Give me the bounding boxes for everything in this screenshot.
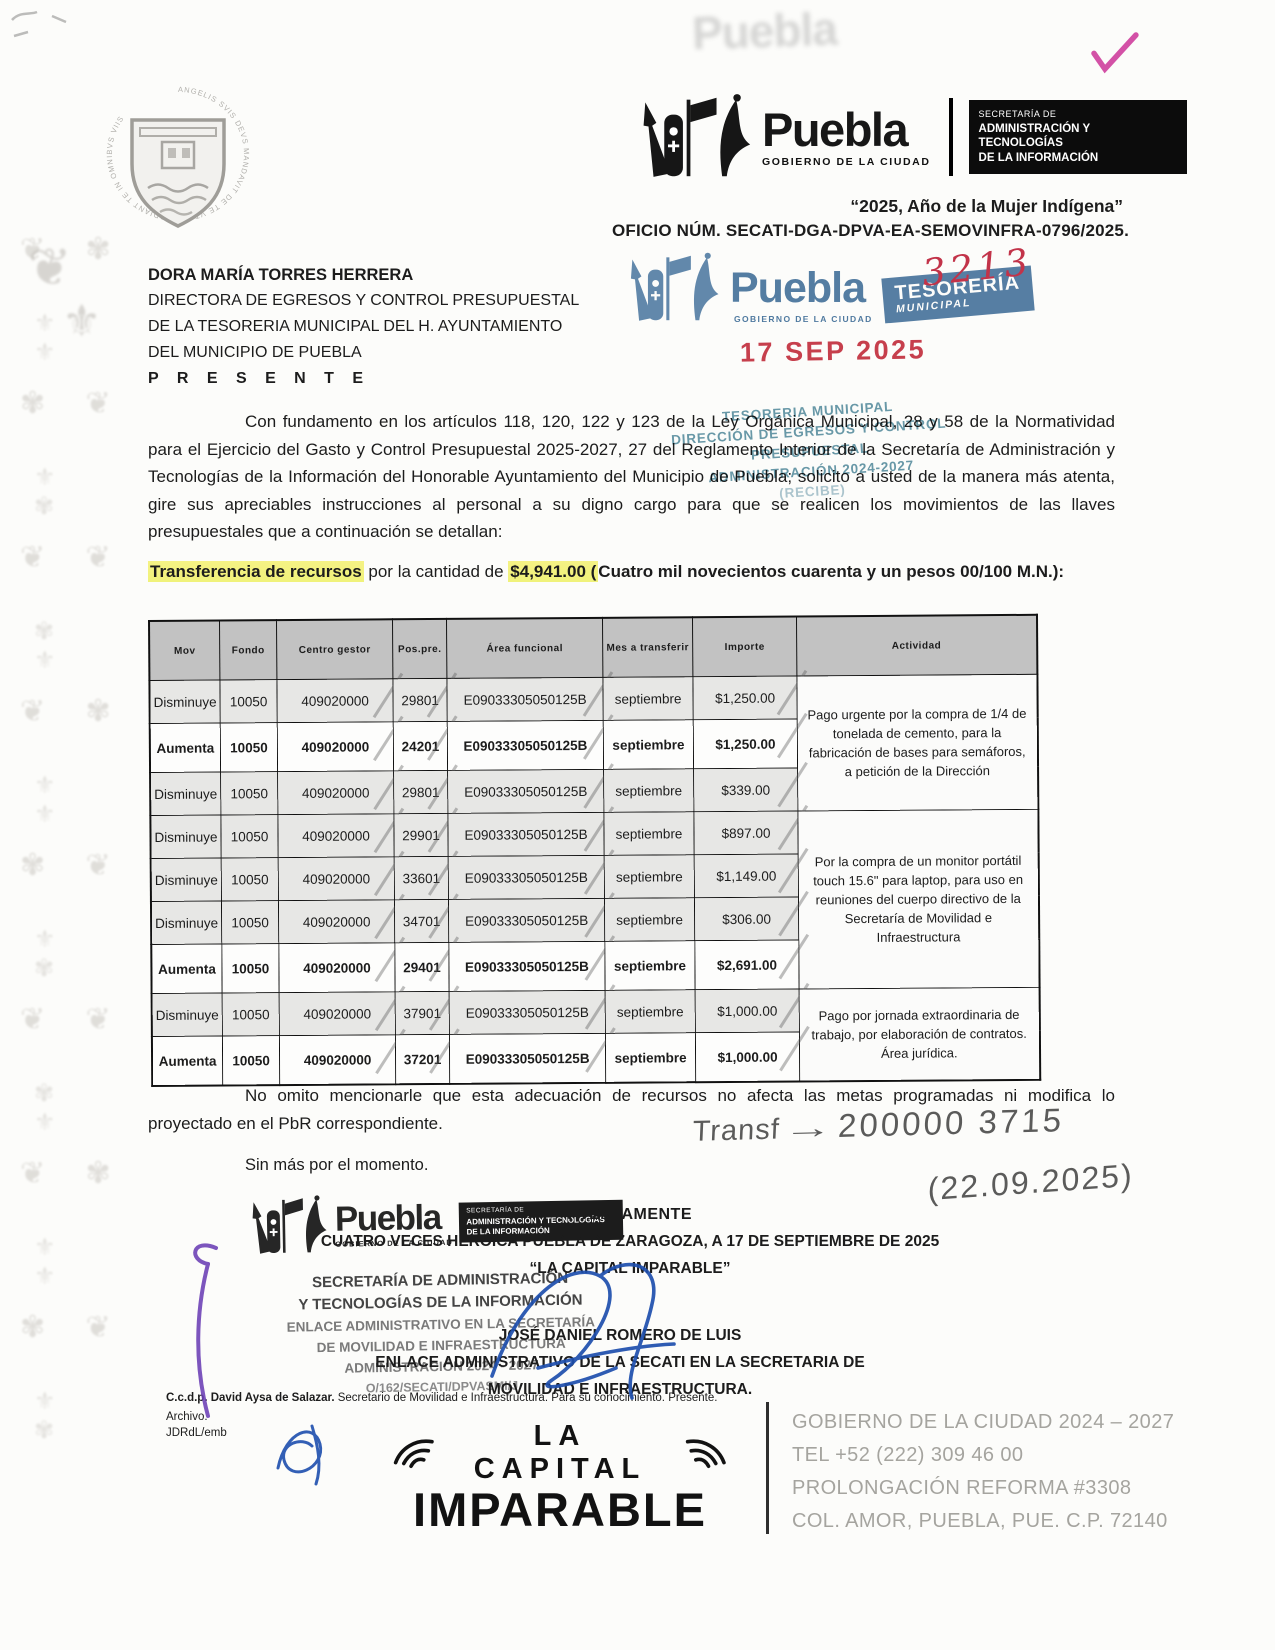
recipient-block: DORA MARÍA TORRES HERRERA DIRECTORA DE E… <box>148 262 579 392</box>
presente-line: P R E S E N T E <box>148 366 579 392</box>
footer-divider <box>766 1402 769 1534</box>
cell-centro: 409020000 <box>279 992 395 1036</box>
recipient-title: DE LA TESORERIA MUNICIPAL DEL H. AYUNTAM… <box>148 314 579 340</box>
ornament-glyph: ✾ ❦ <box>20 848 130 925</box>
column-header: Mes a transferir <box>603 617 693 677</box>
ornament-glyph: ⚜ ⚜ <box>20 771 130 848</box>
date-stamp: 17 SEP 2025 <box>740 334 927 368</box>
table-row: Disminuye1005040902000029901E09033305050… <box>150 809 1038 858</box>
cell-mes: septiembre <box>603 720 693 770</box>
cell-centro: 409020000 <box>279 943 395 993</box>
cell-fondo: 10050 <box>222 993 279 1036</box>
cell-mov: Aumenta <box>152 1036 223 1086</box>
column-header: Mov <box>149 621 220 681</box>
recipient-title: DEL MUNICIPIO DE PUEBLA <box>148 340 579 366</box>
cell-mov: Disminuye <box>151 858 222 901</box>
capital-top-text: LA CAPITAL <box>442 1420 679 1486</box>
handwritten-date: (22.09.2025) <box>928 1157 1134 1208</box>
badge-line: DE LA INFORMACIÓN <box>979 151 1177 166</box>
contact-line: GOBIERNO DE LA CIUDAD 2024 – 2027 <box>792 1406 1174 1439</box>
contact-line: PROLONGACIÓN REFORMA #3308 <box>792 1472 1174 1505</box>
cell-area: E09033305050125B <box>447 720 603 770</box>
column-header: Pos.pre. <box>393 619 447 679</box>
recipient-name: DORA MARÍA TORRES HERRERA <box>148 262 579 288</box>
blue-ink-initial-scribble <box>262 1416 342 1488</box>
cell-fondo: 10050 <box>222 944 279 993</box>
cell-area: E09033305050125B <box>449 1033 605 1084</box>
cell-importe: $897.00 <box>694 811 798 855</box>
cell-importe: $1,000.00 <box>695 1032 799 1082</box>
handwritten-arrow: → <box>783 1112 836 1146</box>
cell-mov: Disminuye <box>150 815 221 858</box>
cell-area: E09033305050125B <box>447 677 603 721</box>
ghost-stamp: Puebla <box>691 1 838 60</box>
pink-checkmark-icon <box>1082 23 1143 87</box>
ornament-glyph: ⚜ ✾ <box>20 463 130 540</box>
purple-pen-stroke <box>176 1236 246 1426</box>
city-crest-seal: ANGELIS SVIS DEVS MANDAVIT DE TE VT CVST… <box>90 76 266 251</box>
cell-importe: $1,149.00 <box>694 854 798 898</box>
cell-mes: septiembre <box>604 855 694 899</box>
ornament-glyph: ❦ ❦ <box>20 1002 130 1079</box>
cell-area: E09033305050125B <box>448 812 604 856</box>
annual-motto: “2025, Año de la Mujer Indígena” <box>850 196 1123 217</box>
transfer-line: Transferencia de recursos por la cantida… <box>148 562 1138 582</box>
budget-movements-table: MovFondoCentro gestorPos.pre.Área funcio… <box>148 614 1041 1087</box>
cell-centro: 409020000 <box>277 722 393 772</box>
handwritten-number: 200000 3715 <box>837 1101 1065 1144</box>
scan-artifact-marks <box>6 6 86 56</box>
cell-area: E09033305050125B <box>448 898 604 942</box>
column-header: Área funcional <box>447 618 603 679</box>
brand-wordmark-block: Puebla GOBIERNO DE LA CIUDAD <box>762 106 931 168</box>
ornament-glyph: ❦ ❦ <box>20 540 130 617</box>
cell-mov: Disminuye <box>152 993 223 1036</box>
cell-centro: 409020000 <box>277 679 393 723</box>
column-header: Centro gestor <box>277 619 393 679</box>
cell-centro: 409020000 <box>278 857 394 901</box>
cell-mov: Disminuye <box>149 680 220 723</box>
contact-line: TEL +52 (222) 309 46 00 <box>792 1439 1174 1472</box>
cell-fondo: 10050 <box>221 815 278 858</box>
cell-activity: Por la compra de un monitor portátil tou… <box>798 809 1039 989</box>
cell-fondo: 10050 <box>221 901 278 944</box>
cell-importe: $339.00 <box>694 768 798 812</box>
cell-fondo: 10050 <box>222 1036 279 1086</box>
contact-line: COL. AMOR, PUEBLA, PUE. C.P. 72140 <box>792 1505 1174 1538</box>
scanned-official-letter: ❦ ✾⚜ ⚜✾ ❦⚜ ✾❦ ❦✾ ⚜❦ ✾⚜ ⚜✾ ❦⚜ ✾❦ ❦✾ ⚜❦ ✾⚜… <box>0 0 1275 1650</box>
capital-logo-row: LA CAPITAL <box>392 1420 728 1486</box>
recipient-title: DIRECTORA DE EGRESOS Y CONTROL PRESUPUES… <box>148 288 579 314</box>
amount-in-words: Cuatro mil novecientos cuarenta y un pes… <box>598 562 1064 581</box>
cell-centro: 409020000 <box>278 771 394 815</box>
ornament-glyph: ✾ ❦ <box>20 386 130 463</box>
cell-mov: Disminuye <box>150 772 221 815</box>
cell-mes: septiembre <box>605 1033 695 1083</box>
puebla-monuments-icon <box>640 92 752 182</box>
capital-imparable-logo: LA CAPITAL IMPARABLE <box>392 1420 728 1533</box>
stamp-wordmark: Puebla <box>730 264 865 313</box>
ornament-glyph: ✾ ⚜ <box>20 1079 130 1156</box>
cell-area: E09033305050125B <box>449 990 605 1034</box>
handwritten-word: Transf <box>692 1114 781 1148</box>
cell-mes: septiembre <box>605 990 695 1034</box>
cell-area: E09033305050125B <box>448 769 604 813</box>
cell-area: E09033305050125B <box>448 855 604 899</box>
cell-mes: septiembre <box>603 677 693 721</box>
badge-line: SECRETARÍA DE <box>979 109 1177 119</box>
cell-mes: septiembre <box>605 941 695 991</box>
column-header: Importe <box>693 616 797 676</box>
cell-mes: septiembre <box>604 812 694 856</box>
ornament-glyph: ⚜ <box>62 296 101 347</box>
puebla-wordmark: Puebla <box>762 106 931 153</box>
imparable-text: IMPARABLE <box>392 1486 728 1533</box>
cell-pos: 37201 <box>395 1034 449 1084</box>
ornament-glyph: ⚜ ⚜ <box>20 1233 130 1310</box>
puebla-monuments-icon <box>628 250 720 326</box>
cell-fondo: 10050 <box>220 723 277 772</box>
cell-fondo: 10050 <box>221 858 278 901</box>
wing-icon <box>392 1437 436 1470</box>
atentamente-line: ATENTAMENTE <box>300 1206 960 1224</box>
contact-block: GOBIERNO DE LA CIUDAD 2024 – 2027TEL +52… <box>792 1406 1174 1538</box>
cell-activity: Pago por jornada extraordinaria de traba… <box>799 987 1040 1081</box>
cell-importe: $1,000.00 <box>695 989 799 1033</box>
budget-table-wrap: MovFondoCentro gestorPos.pre.Área funcio… <box>148 614 1041 1087</box>
cell-importe: $306.00 <box>694 897 798 941</box>
cell-mov: Disminuye <box>151 901 222 944</box>
brand-tagline: GOBIERNO DE LA CIUDAD <box>762 156 931 168</box>
cell-area: E09033305050125B <box>449 941 605 991</box>
brand-divider <box>949 98 953 176</box>
cell-mov: Aumenta <box>151 944 222 993</box>
cell-centro: 409020000 <box>278 900 394 944</box>
ornament-glyph: ❦ ✾ <box>20 1156 130 1233</box>
cell-centro: 409020000 <box>278 814 394 858</box>
blue-ink-signature <box>478 1248 708 1413</box>
stamp-tagline: GOBIERNO DE LA CIUDAD <box>734 314 873 324</box>
closing-line: Sin más por el momento. <box>245 1156 428 1175</box>
header-brand: Puebla GOBIERNO DE LA CIUDAD SECRETARÍA … <box>640 92 1187 182</box>
transfer-mid-text: por la cantidad de <box>364 562 509 581</box>
cell-fondo: 10050 <box>221 772 278 815</box>
column-header: Fondo <box>220 620 277 680</box>
left-margin-ornaments: ❦ ✾⚜ ⚜✾ ❦⚜ ✾❦ ❦✾ ⚜❦ ✾⚜ ⚜✾ ❦⚜ ✾❦ ❦✾ ⚜❦ ✾⚜… <box>20 232 130 1464</box>
cell-fondo: 10050 <box>220 680 277 723</box>
wing-icon <box>684 1437 728 1470</box>
cell-centro: 409020000 <box>279 1035 395 1085</box>
ornament-glyph: ❦ <box>28 238 72 298</box>
ornament-glyph: ⚜ ✾ <box>20 925 130 1002</box>
highlighted-transfer-label: Transferencia de recursos <box>148 561 364 582</box>
cell-mes: septiembre <box>604 769 694 813</box>
cell-mov: Aumenta <box>150 723 221 772</box>
badge-line: ADMINISTRACIÓN Y TECNOLOGÍAS <box>979 122 1177 151</box>
cell-pos: 29401 <box>395 942 449 991</box>
cell-importe: $1,250.00 <box>693 676 797 720</box>
cell-mes: septiembre <box>604 898 694 942</box>
table-row: Disminuye1005040902000029801E09033305050… <box>149 674 1037 723</box>
cell-pos: 24201 <box>393 721 447 770</box>
ornament-glyph: ✾ ⚜ <box>20 617 130 694</box>
cell-importe: $1,250.00 <box>693 719 797 769</box>
highlighted-amount: $4,941.00 ( <box>508 561 598 582</box>
ornament-glyph: ❦ ✾ <box>20 694 130 771</box>
column-header: Actividad <box>797 615 1037 676</box>
oficio-number: OFICIO NÚM. SECATI-DGA-DPVA-EA-SEMOVINFR… <box>612 221 1129 241</box>
ornament-glyph: ⚜ ✾ <box>20 1387 130 1464</box>
cell-importe: $2,691.00 <box>695 940 799 990</box>
initials-line: JDRdL/emb <box>166 1427 227 1439</box>
secretaria-badge: SECRETARÍA DE ADMINISTRACIÓN Y TECNOLOGÍ… <box>969 100 1187 175</box>
table-row: Disminuye1005040902000037901E09033305050… <box>152 987 1040 1036</box>
ornament-glyph: ✾ ❦ <box>20 1310 130 1387</box>
cell-activity: Pago urgente por la compra de 1/4 de ton… <box>797 674 1038 811</box>
